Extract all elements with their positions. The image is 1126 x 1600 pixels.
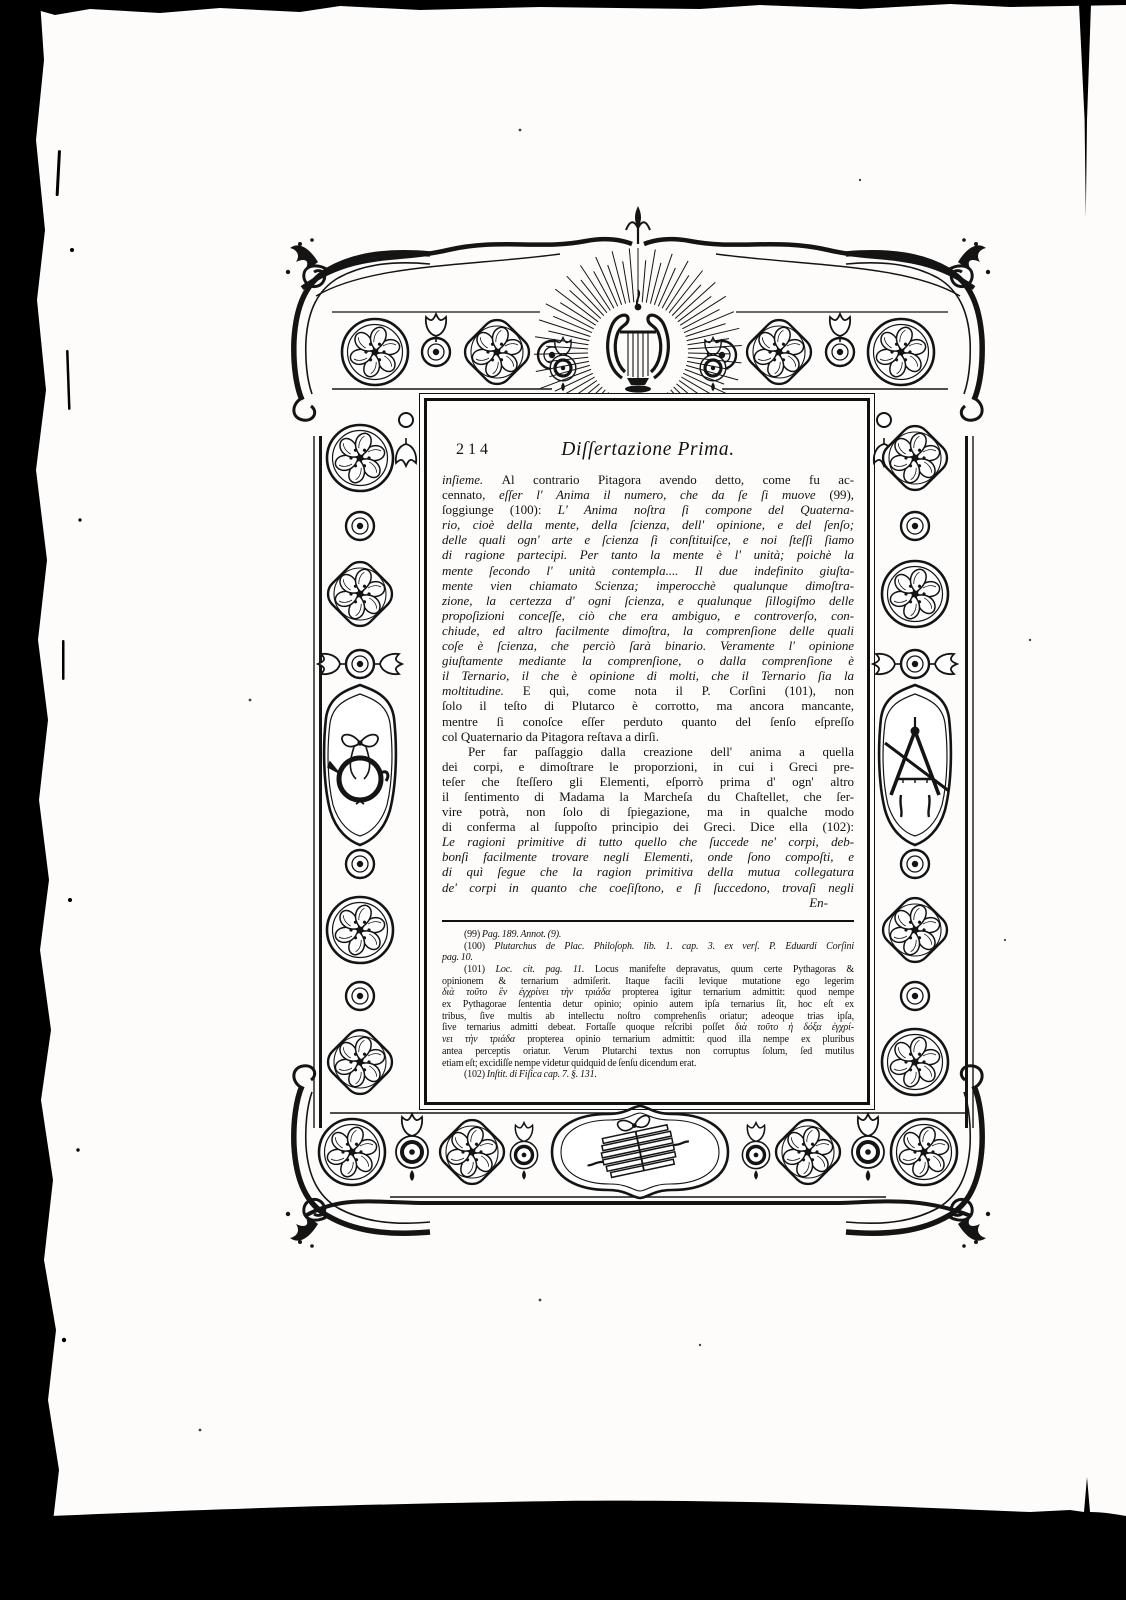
rosette-ornament xyxy=(459,314,535,390)
footnote-separator xyxy=(442,920,854,922)
footnote-line-8: tribus, ſive multis ab intellectu noſtro… xyxy=(442,1011,854,1023)
footnote-line-13: (102) Inſtit. di Fiſica cap. 7. §. 131. xyxy=(442,1069,854,1081)
page-crack-line xyxy=(1079,4,1091,218)
body-line-4: rio, cioè della mente, della ſcienza, de… xyxy=(442,517,854,532)
footnote-line-7: ex Pythagorae ſententia detur opinio; op… xyxy=(442,999,854,1011)
edge-speckles xyxy=(56,150,82,1342)
sun-ray xyxy=(629,248,634,302)
ring-ornament xyxy=(826,338,854,366)
body-line-1: inſieme. Al contrario Pitagora avendo de… xyxy=(442,472,854,487)
body-line-20: dei corpi, e dimoſtrare le proporzioni, … xyxy=(442,759,854,774)
body-line-5: delle quali ogn' arte e ſcienza ſi conſt… xyxy=(442,532,854,547)
body-line-12: coſe è ſcienza, che perciò ſarà binario.… xyxy=(442,638,854,653)
body-line-27: di quì ſegue che la ragion primitiva del… xyxy=(442,864,854,879)
body-line-26: bonſi facilmente trovare negli Elementi,… xyxy=(442,849,854,864)
panflute-cartouche xyxy=(552,1106,728,1198)
rosette-ornament xyxy=(868,319,934,385)
body-line-2: cennato, eſſer l' Anima il numero, che d… xyxy=(442,487,854,502)
body-line-19: Per far paſſaggio dalla creazione dell' … xyxy=(442,744,854,759)
page-header: 214 Diſſertazione Prima. xyxy=(442,439,854,465)
footnote-line-5: opinionem & ternarium admiſerit. Itaque … xyxy=(442,976,854,988)
rosette-ornament xyxy=(741,314,817,390)
tulip-icon xyxy=(426,314,446,342)
footnote-line-11: antea perceptis oriatur. Verum Plutarchi… xyxy=(442,1046,854,1058)
body-line-13: giuſtamente mediante la comprenſione, o … xyxy=(442,653,854,668)
catchword-row: En- xyxy=(442,895,854,910)
body-line-11: chiude, ed altro facilmente dimoſtra, la… xyxy=(442,623,854,638)
body-line-22: il ſentimento di Madama la Marcheſa du C… xyxy=(442,789,854,804)
text-frame: 214 Diſſertazione Prima. inſieme. Al con… xyxy=(424,398,870,1105)
tulip-icon xyxy=(830,314,850,342)
footnote-line-9: ſive ternarius admitti debeat. Fortaſſe … xyxy=(442,1022,854,1034)
sun-ray xyxy=(567,276,604,315)
footnote-line-10: νει τὴν τριάδα propterea opinio ternariu… xyxy=(442,1034,854,1046)
ring-ornament xyxy=(422,338,450,366)
body-line-8: mente vien chiamato Scienza; imperocchè … xyxy=(442,578,854,593)
sun-ray xyxy=(546,304,594,329)
footnotes: (99) Pag. 189. Annot. (9).(100) Plutarch… xyxy=(442,929,854,1081)
binding-edge-left xyxy=(0,0,62,1600)
sun-ray xyxy=(570,290,601,318)
body-line-15: moltitudine. E quì, come nota il P. Corſ… xyxy=(442,683,854,698)
sun-ray xyxy=(646,250,655,303)
section-title: Diſſertazione Prima. xyxy=(442,439,854,461)
footnote-line-12: etiam eſt; excidiſſe nempe videtur quidq… xyxy=(442,1058,854,1070)
footnote-line-1: (99) Pag. 189. Annot. (9). xyxy=(442,929,854,941)
body-line-24: di conferma al ſuppoſto principio dei Gr… xyxy=(442,819,854,834)
sun-ray xyxy=(686,324,726,337)
rosette-ornament xyxy=(342,319,408,385)
scan-edge-top xyxy=(0,0,1126,15)
sun-ray xyxy=(642,260,646,302)
scan-edge-bottom xyxy=(0,1477,1126,1600)
footnote-line-4: (101) Loc. cit. pag. 11. Locus manifeſte… xyxy=(442,964,854,976)
bottom-rosette-chain xyxy=(319,1106,957,1198)
body-line-17: mentre ſi conoſce eſſer perduto quanto d… xyxy=(442,714,854,729)
body-line-28: de' corpi in quanto che coeſiſtono, e ſi… xyxy=(442,880,854,895)
footnote-line-2: (100) Plutarchus de Plac. Philoſoph. lib… xyxy=(442,941,854,953)
body-line-9: zione, la certezza d' ogni ſcienza, e qu… xyxy=(442,593,854,608)
sun-ray xyxy=(672,285,701,316)
horn-cartouche xyxy=(324,685,396,845)
sun-ray xyxy=(680,296,726,325)
body-line-3: ſoggiunge (100): L' Anima noſtra ſi comp… xyxy=(442,502,854,517)
body-line-25: Le ragioni primitive di tutto quello che… xyxy=(442,834,854,849)
scanned-book-page: 214 Diſſertazione Prima. inſieme. Al con… xyxy=(0,0,1126,1600)
body-line-16: ſolo il teſto di Plutarco è corrotto, ma… xyxy=(442,698,854,713)
catchword: En- xyxy=(809,895,828,910)
left-rosette-chain xyxy=(318,425,402,1100)
body-line-23: vire potrà, non ſolo di ſpiegazione, ma … xyxy=(442,804,854,819)
body-line-21: teſer che ſteſſero gli Elementi, eſporrò… xyxy=(442,774,854,789)
body-text: inſieme. Al contrario Pitagora avendo de… xyxy=(442,472,854,895)
body-line-14: il Ternario, il che è opinione di molti,… xyxy=(442,668,854,683)
body-line-7: mente ſecondo l' unità contempla.... Il … xyxy=(442,563,854,578)
footnote-line-6: διὰ τοῦτο ἓν ἐγχρίνει τὴν τριάδα propter… xyxy=(442,987,854,999)
compass-cartouche xyxy=(879,685,951,845)
body-line-6: di ragione partecipi. Per tanto la mente… xyxy=(442,547,854,562)
right-rosette-chain xyxy=(873,420,957,1095)
footnote-line-3: pag. 10. xyxy=(442,952,854,964)
pendant-ornament xyxy=(396,413,416,466)
body-line-18: col Quaternario da Pitagora reſtava a di… xyxy=(442,729,854,744)
body-line-10: propoſizioni conceſſe, ciò che era ambig… xyxy=(442,608,854,623)
